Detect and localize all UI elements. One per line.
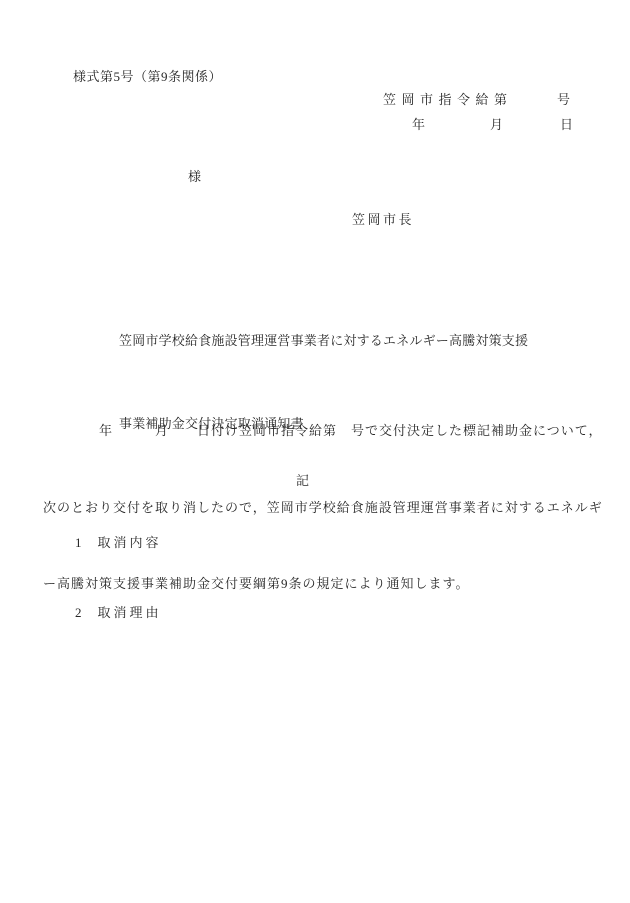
body-line-1: 年 月 日付け笠岡市指令給第 号で交付決定した標記補助金について， xyxy=(43,418,603,444)
item-number: 2 xyxy=(75,605,82,620)
item-label: 取消理由 xyxy=(98,605,162,620)
doc-number-prefix: 笠岡市指令給第 xyxy=(383,89,513,108)
document-title-line-1: 笠岡市学校給食施設管理運営事業者に対するエネルギー高騰対策支援 xyxy=(119,327,528,355)
list-item-cancellation-content: 1取消内容 xyxy=(62,516,162,567)
date-month-label: 月 xyxy=(490,114,503,133)
item-label: 取消内容 xyxy=(98,535,162,550)
form-number: 様式第5号（第9条関係） xyxy=(73,66,222,85)
document-page: 様式第5号（第9条関係） 笠岡市指令給第 号 年 月 日 様 笠岡市長 笠岡市学… xyxy=(0,0,630,903)
list-item-cancellation-reason: 2取消理由 xyxy=(62,586,162,637)
item-number: 1 xyxy=(75,535,82,550)
date-year-label: 年 xyxy=(412,114,425,133)
date-day-label: 日 xyxy=(560,114,573,133)
recipient-honorific: 様 xyxy=(188,166,201,185)
record-marker: 記 xyxy=(296,470,309,489)
doc-number-suffix: 号 xyxy=(557,89,570,108)
sender-name: 笠岡市長 xyxy=(352,209,414,228)
